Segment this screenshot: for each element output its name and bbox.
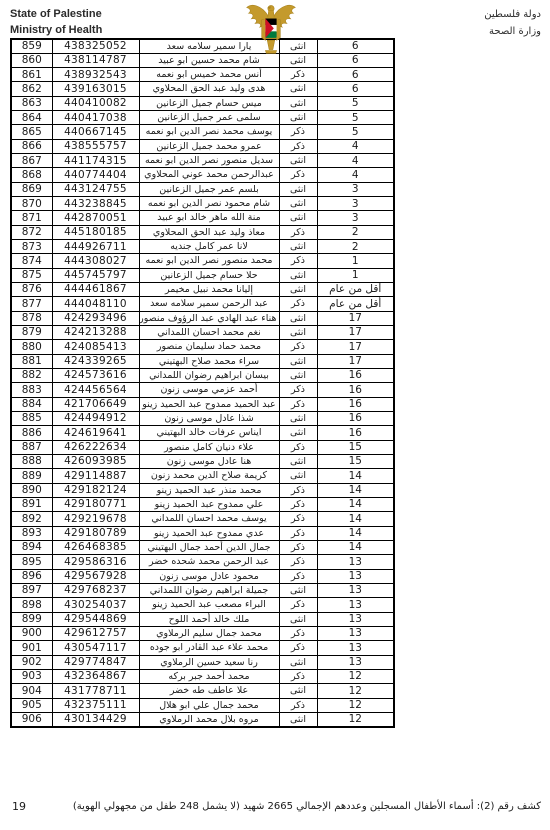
row-number-cell: 904 [11, 684, 52, 698]
age-cell: 13 [317, 612, 394, 626]
age-cell: 12 [317, 684, 394, 698]
age-cell: 2 [317, 240, 394, 254]
table-row: 906 430134429 مروه بلال محمد الرملاوي ان… [11, 712, 394, 726]
gender-cell: انثى [279, 354, 317, 368]
gender-cell: ذكر [279, 483, 317, 497]
name-cell: سراء محمد صلاح البهتيني [139, 354, 279, 368]
row-number-cell: 889 [11, 469, 52, 483]
table-row: 904 431778711 علا عاطف طه خضر انثى 12 [11, 684, 394, 698]
name-cell: ملك خالد أحمد اللوح [139, 612, 279, 626]
id-number-cell: 440410082 [52, 96, 139, 110]
table-row: 859 438325052 يارا سمير سلامه سعد انثى 6 [11, 39, 394, 53]
row-number-cell: 868 [11, 168, 52, 182]
table-row: 885 424494912 شذا عادل موسى زنون انثى 16 [11, 412, 394, 426]
name-cell: عبدالرحمن محمد عوني المحلاوي [139, 168, 279, 182]
gender-cell: ذكر [279, 498, 317, 512]
row-number-cell: 891 [11, 498, 52, 512]
name-cell: نغم محمد احسان اللمداني [139, 326, 279, 340]
age-cell: 1 [317, 254, 394, 268]
id-number-cell: 440417038 [52, 111, 139, 125]
name-cell: البراء مصعب عبد الحميد زينو [139, 598, 279, 612]
name-cell: عبد الرحمن محمد شحده خضر [139, 555, 279, 569]
id-number-cell: 424213288 [52, 326, 139, 340]
row-number-cell: 873 [11, 240, 52, 254]
name-cell: عدي ممدوح عبد الحميد زينو [139, 526, 279, 540]
gender-cell: ذكر [279, 225, 317, 239]
table-row: 874 444308027 محمد منصور نصر الدين ابو ن… [11, 254, 394, 268]
id-number-cell: 424085413 [52, 340, 139, 354]
row-number-cell: 893 [11, 526, 52, 540]
gender-cell: انثى [279, 96, 317, 110]
table-row: 870 443238845 شام محمود نصر الدين ابو نع… [11, 197, 394, 211]
name-cell: محمود عادل موسى زنون [139, 569, 279, 583]
name-cell: هدى وليد عبد الحق المحلاوي [139, 82, 279, 96]
row-number-cell: 905 [11, 698, 52, 712]
id-number-cell: 445745797 [52, 268, 139, 282]
age-cell: 6 [317, 53, 394, 67]
table-row: 867 441174315 سديل منصور نصر الدين ابو ن… [11, 154, 394, 168]
name-cell: إليانا محمد نبيل مخيمر [139, 283, 279, 297]
gender-cell: انثى [279, 326, 317, 340]
row-number-cell: 880 [11, 340, 52, 354]
row-number-cell: 882 [11, 369, 52, 383]
age-cell: أقل من عام [317, 283, 394, 297]
row-number-cell: 867 [11, 154, 52, 168]
id-number-cell: 438555757 [52, 139, 139, 153]
gender-cell: انثى [279, 154, 317, 168]
id-number-cell: 424339265 [52, 354, 139, 368]
name-cell: لانا عمر كامل جنديه [139, 240, 279, 254]
id-number-cell: 431778711 [52, 684, 139, 698]
gender-cell: انثى [279, 655, 317, 669]
row-number-cell: 898 [11, 598, 52, 612]
row-number-cell: 890 [11, 483, 52, 497]
row-number-cell: 863 [11, 96, 52, 110]
row-number-cell: 869 [11, 182, 52, 196]
age-cell: 1 [317, 268, 394, 282]
id-number-cell: 424619641 [52, 426, 139, 440]
gender-cell: ذكر [279, 555, 317, 569]
row-number-cell: 885 [11, 412, 52, 426]
gender-cell: انثى [279, 369, 317, 383]
age-cell: 15 [317, 455, 394, 469]
name-cell: معاذ وليد عبد الحق المحلاوي [139, 225, 279, 239]
table-row: 860 438114787 شام محمد حسين ابو عبيد انث… [11, 53, 394, 67]
age-cell: 16 [317, 426, 394, 440]
gender-cell: انثى [279, 182, 317, 196]
table-row: 894 426468385 جمال الدين أحمد جمال البهت… [11, 540, 394, 554]
gender-cell: ذكر [279, 698, 317, 712]
id-number-cell: 429586316 [52, 555, 139, 569]
id-number-cell: 426468385 [52, 540, 139, 554]
table-row: 875 445745797 حلا حسام جميل الزعانين انث… [11, 268, 394, 282]
table-row: 900 429612757 محمد جمال سليم الرملاوي ذك… [11, 626, 394, 640]
name-cell: هنا عادل موسى زنون [139, 455, 279, 469]
row-number-cell: 887 [11, 440, 52, 454]
age-cell: 13 [317, 569, 394, 583]
id-number-cell: 432364867 [52, 669, 139, 683]
table-row: 897 429768237 جميلة ابراهيم رضوان اللمدا… [11, 583, 394, 597]
table-row: 878 424293496 هناء عبد الهادي عبد الرؤوف… [11, 311, 394, 325]
row-number-cell: 862 [11, 82, 52, 96]
gender-cell: ذكر [279, 68, 317, 82]
table-row: 877 444048110 عبد الرحمن سمير سلامه سعد … [11, 297, 394, 311]
id-number-cell: 430134429 [52, 712, 139, 726]
id-number-cell: 429180789 [52, 526, 139, 540]
age-cell: 14 [317, 498, 394, 512]
row-number-cell: 901 [11, 641, 52, 655]
age-cell: 4 [317, 154, 394, 168]
id-number-cell: 444048110 [52, 297, 139, 311]
row-number-cell: 871 [11, 211, 52, 225]
gender-cell: انثى [279, 426, 317, 440]
header-arabic-line2: وزارة الصحة [484, 24, 541, 41]
id-number-cell: 444926711 [52, 240, 139, 254]
table-row: 901 430547117 محمد علاء عبد القادر ابو ج… [11, 641, 394, 655]
gender-cell: ذكر [279, 540, 317, 554]
row-number-cell: 900 [11, 626, 52, 640]
age-cell: 16 [317, 397, 394, 411]
row-number-cell: 861 [11, 68, 52, 82]
age-cell: 16 [317, 383, 394, 397]
gender-cell: انثى [279, 268, 317, 282]
gender-cell: انثى [279, 240, 317, 254]
table-row: 895 429586316 عبد الرحمن محمد شحده خضر ذ… [11, 555, 394, 569]
gender-cell: ذكر [279, 139, 317, 153]
table-row: 899 429544869 ملك خالد أحمد اللوح انثى 1… [11, 612, 394, 626]
table-row: 902 429774847 رنا سعيد حسين الرملاوي انث… [11, 655, 394, 669]
name-cell: منة الله ماهر خالد ابو عبيد [139, 211, 279, 225]
gender-cell: ذكر [279, 512, 317, 526]
row-number-cell: 872 [11, 225, 52, 239]
age-cell: 13 [317, 555, 394, 569]
document-page: State of Palestine Ministry of Health دو… [0, 0, 550, 830]
age-cell: 2 [317, 225, 394, 239]
row-number-cell: 859 [11, 39, 52, 53]
table-row: 884 421706649 عبد الحميد ممدوح عبد الحمي… [11, 397, 394, 411]
table-row: 889 429114887 كريمة صلاح الدين محمد زنون… [11, 469, 394, 483]
gender-cell: ذكر [279, 340, 317, 354]
table-row: 880 424085413 محمد حماد سليمان منصور ذكر… [11, 340, 394, 354]
table-row: 864 440417038 سلمى عمر جميل الزعانين انث… [11, 111, 394, 125]
id-number-cell: 438325052 [52, 39, 139, 53]
header-english-line1: State of Palestine [10, 7, 102, 23]
table-row: 892 429219678 يوسف محمد احسان اللمداني ذ… [11, 512, 394, 526]
name-cell: جمال الدين أحمد جمال البهتيني [139, 540, 279, 554]
age-cell: 12 [317, 669, 394, 683]
age-cell: 16 [317, 369, 394, 383]
row-number-cell: 894 [11, 540, 52, 554]
id-number-cell: 430254037 [52, 598, 139, 612]
table-row: 876 444461867 إليانا محمد نبيل مخيمر انث… [11, 283, 394, 297]
age-cell: 17 [317, 326, 394, 340]
age-cell: 3 [317, 211, 394, 225]
row-number-cell: 896 [11, 569, 52, 583]
id-number-cell: 438114787 [52, 53, 139, 67]
age-cell: 5 [317, 111, 394, 125]
table-row: 888 426093985 هنا عادل موسى زنون انثى 15 [11, 455, 394, 469]
id-number-cell: 429219678 [52, 512, 139, 526]
id-number-cell: 429182124 [52, 483, 139, 497]
gender-cell: ذكر [279, 569, 317, 583]
age-cell: 14 [317, 469, 394, 483]
gender-cell: انثى [279, 211, 317, 225]
name-cell: علاء دنيان كامل منصور [139, 440, 279, 454]
name-cell: محمد حماد سليمان منصور [139, 340, 279, 354]
gender-cell: انثى [279, 455, 317, 469]
gender-cell: انثى [279, 197, 317, 211]
table-row: 872 445180185 معاذ وليد عبد الحق المحلاو… [11, 225, 394, 239]
gender-cell: انثى [279, 583, 317, 597]
name-cell: شذا عادل موسى زنون [139, 412, 279, 426]
table-row: 866 438555757 عمرو محمد جميل الزعانين ذك… [11, 139, 394, 153]
gender-cell: انثى [279, 412, 317, 426]
header-arabic-line1: دولة فلسطين [484, 7, 541, 24]
table-row: 861 438932543 أنس محمد خميس ابو نعمه ذكر… [11, 68, 394, 82]
page-footer: 19 كشف رقم (2): أسماء الأطفال المسجلين و… [12, 800, 541, 813]
name-cell: محمد جمال سليم الرملاوي [139, 626, 279, 640]
row-number-cell: 883 [11, 383, 52, 397]
id-number-cell: 424456564 [52, 383, 139, 397]
age-cell: 13 [317, 641, 394, 655]
age-cell: 13 [317, 655, 394, 669]
row-number-cell: 888 [11, 455, 52, 469]
gender-cell: ذكر [279, 297, 317, 311]
id-number-cell: 429774847 [52, 655, 139, 669]
row-number-cell: 865 [11, 125, 52, 139]
id-number-cell: 439163015 [52, 82, 139, 96]
gender-cell: انثى [279, 82, 317, 96]
gender-cell: ذكر [279, 440, 317, 454]
age-cell: 17 [317, 311, 394, 325]
row-number-cell: 897 [11, 583, 52, 597]
id-number-cell: 440774404 [52, 168, 139, 182]
name-cell: محمد أحمد جبر بركه [139, 669, 279, 683]
palestine-eagle-emblem-icon [243, 1, 299, 59]
table-row: 886 424619641 ايناس عرفات خالد البهتيني … [11, 426, 394, 440]
name-cell: عمرو محمد جميل الزعانين [139, 139, 279, 153]
name-cell: سديل منصور نصر الدين ابو نعمه [139, 154, 279, 168]
id-number-cell: 426222634 [52, 440, 139, 454]
row-number-cell: 878 [11, 311, 52, 325]
name-cell: ميس حسام جميل الزعانين [139, 96, 279, 110]
row-number-cell: 864 [11, 111, 52, 125]
row-number-cell: 895 [11, 555, 52, 569]
name-cell: محمد جمال علي ابو هلال [139, 698, 279, 712]
name-cell: علا عاطف طه خضر [139, 684, 279, 698]
table-row: 863 440410082 ميس حسام جميل الزعانين انث… [11, 96, 394, 110]
row-number-cell: 884 [11, 397, 52, 411]
id-number-cell: 429544869 [52, 612, 139, 626]
table-row: 898 430254037 البراء مصعب عبد الحميد زين… [11, 598, 394, 612]
table-row: 881 424339265 سراء محمد صلاح البهتيني ان… [11, 354, 394, 368]
age-cell: 5 [317, 96, 394, 110]
footer-caption: كشف رقم (2): أسماء الأطفال المسجلين وعدد… [73, 801, 541, 812]
name-cell: أحمد عزمي موسى زنون [139, 383, 279, 397]
age-cell: 3 [317, 197, 394, 211]
age-cell: 14 [317, 540, 394, 554]
header-english: State of Palestine Ministry of Health [10, 7, 102, 39]
id-number-cell: 443238845 [52, 197, 139, 211]
table-row: 891 429180771 علي ممدوح عبد الحميد زينو … [11, 498, 394, 512]
age-cell: 12 [317, 712, 394, 726]
gender-cell: ذكر [279, 669, 317, 683]
id-number-cell: 429567928 [52, 569, 139, 583]
id-number-cell: 429180771 [52, 498, 139, 512]
id-number-cell: 424573616 [52, 369, 139, 383]
name-cell: عبد الرحمن سمير سلامه سعد [139, 297, 279, 311]
row-number-cell: 899 [11, 612, 52, 626]
gender-cell: ذكر [279, 397, 317, 411]
name-cell: ايناس عرفات خالد البهتيني [139, 426, 279, 440]
age-cell: 14 [317, 483, 394, 497]
row-number-cell: 903 [11, 669, 52, 683]
row-number-cell: 860 [11, 53, 52, 67]
row-number-cell: 881 [11, 354, 52, 368]
name-cell: هناء عبد الهادي عبد الرؤوف منصور [139, 311, 279, 325]
gender-cell: انثى [279, 111, 317, 125]
table-row: 896 429567928 محمود عادل موسى زنون ذكر 1… [11, 569, 394, 583]
name-cell: جميلة ابراهيم رضوان اللمداني [139, 583, 279, 597]
age-cell: 4 [317, 139, 394, 153]
age-cell: 15 [317, 440, 394, 454]
header-english-line2: Ministry of Health [10, 23, 102, 39]
gender-cell: انثى [279, 684, 317, 698]
id-number-cell: 441174315 [52, 154, 139, 168]
table-row: 879 424213288 نغم محمد احسان اللمداني ان… [11, 326, 394, 340]
name-cell: يوسف محمد احسان اللمداني [139, 512, 279, 526]
gender-cell: ذكر [279, 125, 317, 139]
name-cell: رنا سعيد حسين الرملاوي [139, 655, 279, 669]
id-number-cell: 445180185 [52, 225, 139, 239]
name-cell: مروه بلال محمد الرملاوي [139, 712, 279, 726]
id-number-cell: 429768237 [52, 583, 139, 597]
table-row: 903 432364867 محمد أحمد جبر بركه ذكر 12 [11, 669, 394, 683]
age-cell: 14 [317, 526, 394, 540]
table-row: 893 429180789 عدي ممدوح عبد الحميد زينو … [11, 526, 394, 540]
age-cell: 13 [317, 583, 394, 597]
age-cell: 6 [317, 39, 394, 53]
name-cell: يوسف محمد نصر الدين ابو نعمه [139, 125, 279, 139]
id-number-cell: 432375111 [52, 698, 139, 712]
name-cell: محمد منذر عبد الحميد زينو [139, 483, 279, 497]
table-row: 865 440667145 يوسف محمد نصر الدين ابو نع… [11, 125, 394, 139]
gender-cell: ذكر [279, 598, 317, 612]
name-cell: بلسم عمر جميل الزعانين [139, 182, 279, 196]
table-row: 883 424456564 أحمد عزمي موسى زنون ذكر 16 [11, 383, 394, 397]
id-number-cell: 430547117 [52, 641, 139, 655]
row-number-cell: 874 [11, 254, 52, 268]
table-row: 862 439163015 هدى وليد عبد الحق المحلاوي… [11, 82, 394, 96]
name-cell: كريمة صلاح الدين محمد زنون [139, 469, 279, 483]
table-row: 882 424573616 بيسان ابراهيم رضوان اللمدا… [11, 369, 394, 383]
children-list-table: 859 438325052 يارا سمير سلامه سعد انثى 6… [10, 38, 395, 728]
id-number-cell: 429114887 [52, 469, 139, 483]
name-cell: بيسان ابراهيم رضوان اللمداني [139, 369, 279, 383]
table-row: 905 432375111 محمد جمال علي ابو هلال ذكر… [11, 698, 394, 712]
row-number-cell: 892 [11, 512, 52, 526]
name-cell: محمد علاء عبد القادر ابو جوده [139, 641, 279, 655]
table-row: 890 429182124 محمد منذر عبد الحميد زينو … [11, 483, 394, 497]
gender-cell: ذكر [279, 626, 317, 640]
name-cell: حلا حسام جميل الزعانين [139, 268, 279, 282]
name-cell: عبد الحميد ممدوح عبد الحميد زينو [139, 397, 279, 411]
age-cell: 6 [317, 82, 394, 96]
age-cell: 13 [317, 626, 394, 640]
gender-cell: ذكر [279, 526, 317, 540]
gender-cell: انثى [279, 712, 317, 726]
gender-cell: ذكر [279, 254, 317, 268]
gender-cell: انثى [279, 311, 317, 325]
age-cell: 12 [317, 698, 394, 712]
age-cell: 5 [317, 125, 394, 139]
row-number-cell: 886 [11, 426, 52, 440]
age-cell: 17 [317, 354, 394, 368]
name-cell: شام محمود نصر الدين ابو نعمه [139, 197, 279, 211]
table-row: 871 442870051 منة الله ماهر خالد ابو عبي… [11, 211, 394, 225]
age-cell: 16 [317, 412, 394, 426]
row-number-cell: 876 [11, 283, 52, 297]
age-cell: 3 [317, 182, 394, 196]
row-number-cell: 875 [11, 268, 52, 282]
table-row: 887 426222634 علاء دنيان كامل منصور ذكر … [11, 440, 394, 454]
header-arabic: دولة فلسطين وزارة الصحة [484, 7, 541, 40]
age-cell: 14 [317, 512, 394, 526]
age-cell: 4 [317, 168, 394, 182]
age-cell: 6 [317, 68, 394, 82]
name-cell: سلمى عمر جميل الزعانين [139, 111, 279, 125]
table-body: 859 438325052 يارا سمير سلامه سعد انثى 6… [11, 39, 394, 727]
id-number-cell: 424293496 [52, 311, 139, 325]
row-number-cell: 879 [11, 326, 52, 340]
age-cell: 13 [317, 598, 394, 612]
id-number-cell: 429612757 [52, 626, 139, 640]
gender-cell: ذكر [279, 641, 317, 655]
name-cell: أنس محمد خميس ابو نعمه [139, 68, 279, 82]
gender-cell: انثى [279, 612, 317, 626]
gender-cell: انثى [279, 283, 317, 297]
id-number-cell: 442870051 [52, 211, 139, 225]
row-number-cell: 906 [11, 712, 52, 726]
id-number-cell: 440667145 [52, 125, 139, 139]
row-number-cell: 877 [11, 297, 52, 311]
row-number-cell: 866 [11, 139, 52, 153]
gender-cell: ذكر [279, 383, 317, 397]
id-number-cell: 426093985 [52, 455, 139, 469]
id-number-cell: 438932543 [52, 68, 139, 82]
id-number-cell: 444461867 [52, 283, 139, 297]
id-number-cell: 443124755 [52, 182, 139, 196]
name-cell: علي ممدوح عبد الحميد زينو [139, 498, 279, 512]
gender-cell: انثى [279, 469, 317, 483]
gender-cell: ذكر [279, 168, 317, 182]
row-number-cell: 870 [11, 197, 52, 211]
table-row: 868 440774404 عبدالرحمن محمد عوني المحلا… [11, 168, 394, 182]
id-number-cell: 421706649 [52, 397, 139, 411]
name-cell: محمد منصور نصر الدين ابو نعمه [139, 254, 279, 268]
table-row: 869 443124755 بلسم عمر جميل الزعانين انث… [11, 182, 394, 196]
page-number: 19 [12, 800, 26, 813]
id-number-cell: 424494912 [52, 412, 139, 426]
age-cell: أقل من عام [317, 297, 394, 311]
id-number-cell: 444308027 [52, 254, 139, 268]
age-cell: 17 [317, 340, 394, 354]
table-row: 873 444926711 لانا عمر كامل جنديه انثى 2 [11, 240, 394, 254]
row-number-cell: 902 [11, 655, 52, 669]
